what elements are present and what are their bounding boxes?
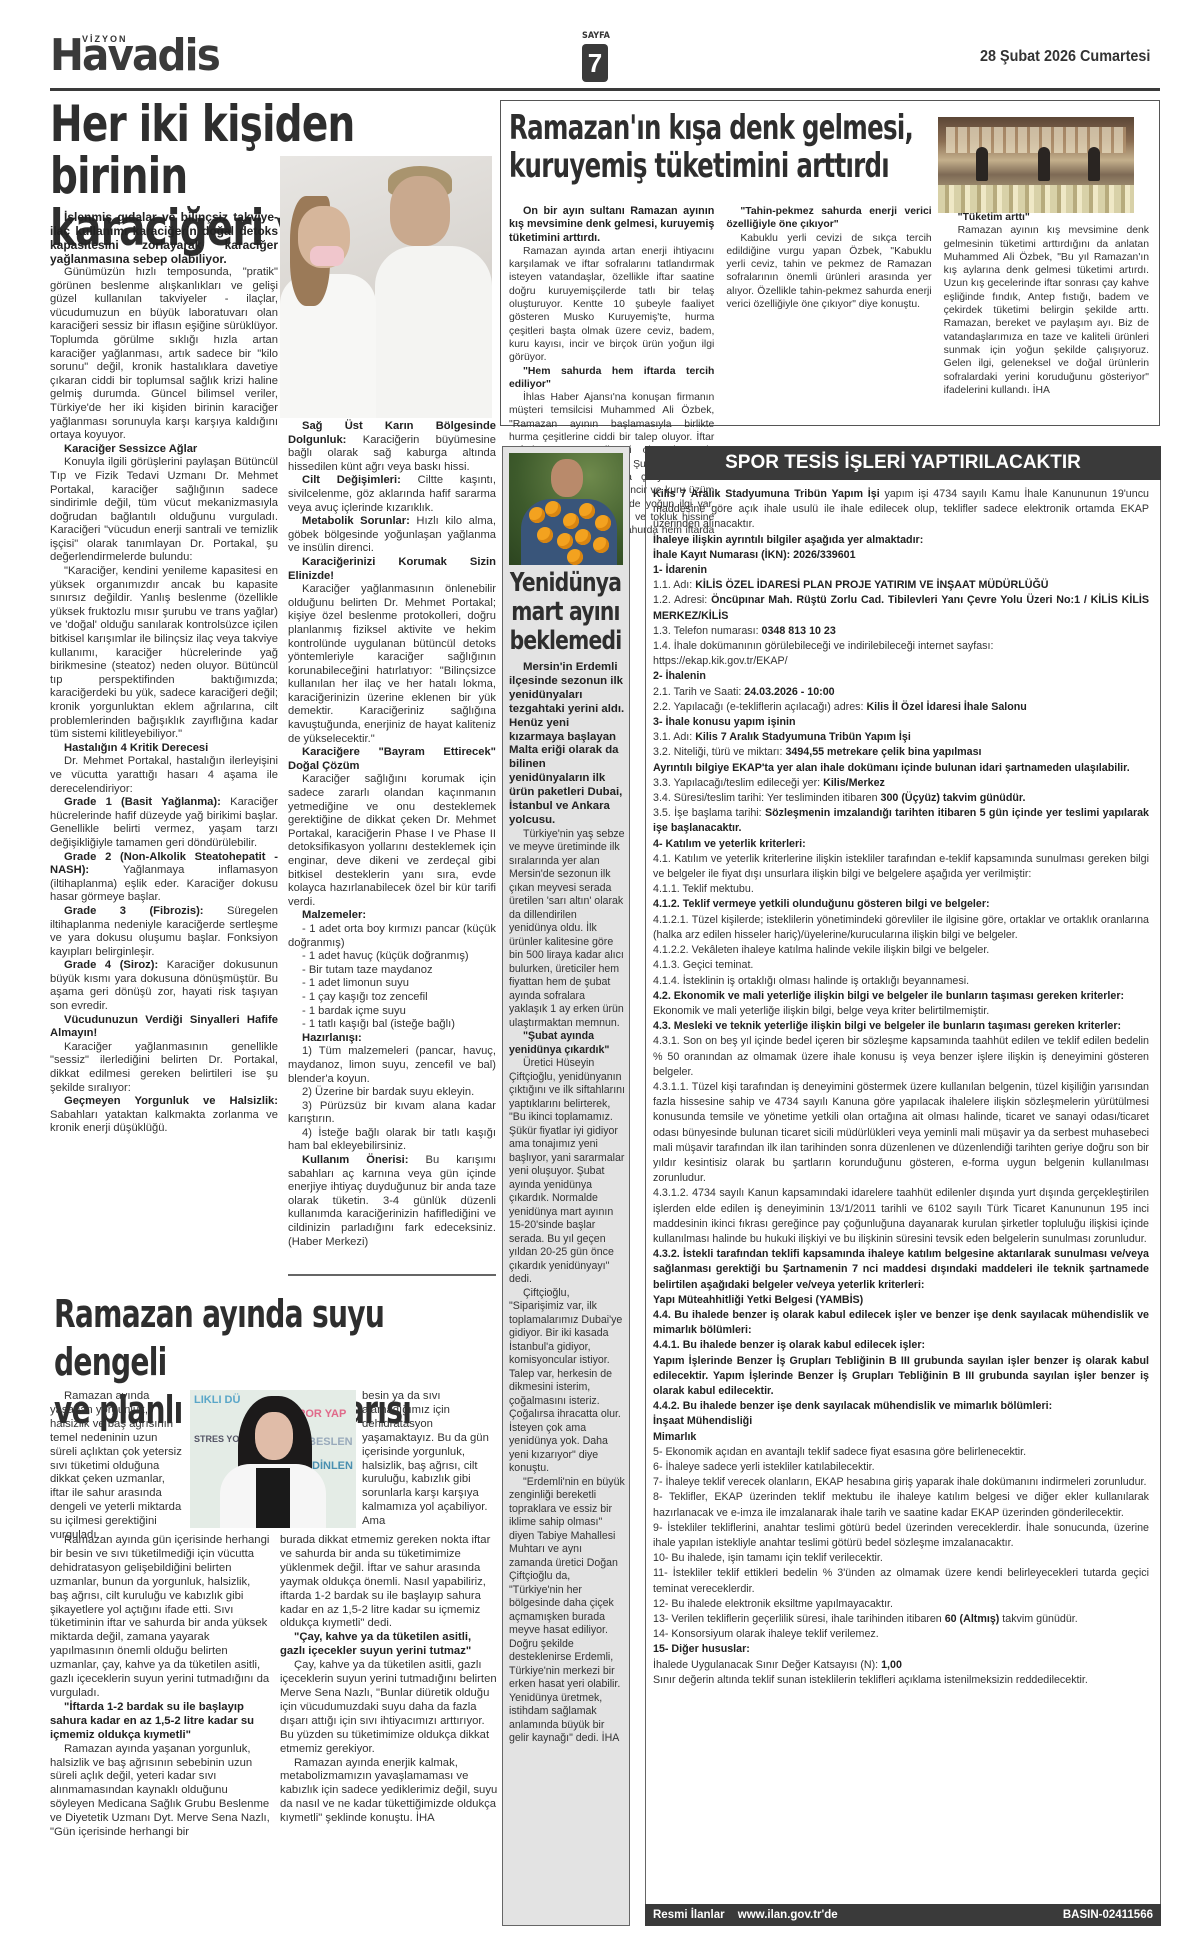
doctor-patient-photo [280, 156, 492, 418]
footer-code: BASIN-02411566 [1063, 1904, 1153, 1926]
article-column-3-top: besin ya da sıvı alamadığımız için dehid… [362, 1390, 498, 1529]
ingredient: - Bir tutam taze maydanoz [288, 964, 496, 978]
newspaper-logo[interactable]: VİZYON Havadis [50, 28, 250, 80]
notice-title: SPOR TESİS İŞLERİ YAPTIRILACAKTIR [645, 446, 1161, 480]
article-column-1: İşlenmiş gıdalar ve bilinçsiz takviye-il… [50, 210, 278, 1136]
subheading: "Çay, kahve ya da tüketilen asitli, gazl… [280, 1631, 498, 1659]
headline-line-1: Ramazan ayında suyu dengeli [54, 1290, 498, 1386]
notice-body: Kilis 7 Aralık Stadyumuna Tribün Yapım İ… [653, 487, 1149, 1688]
article-column-2: burada dikkat etmemiz gereken nokta ifta… [280, 1534, 498, 1826]
paragraph: "Erdemli'nin en büyük zenginliği bereket… [509, 1476, 625, 1746]
article-headline: Yenidünya mart ayını beklemedi [507, 569, 624, 656]
paragraph: Çay, kahve ya da tüketilen asitli, gazlı… [280, 1659, 498, 1756]
paragraph: Ramazan ayında gün içerisinde herhangi b… [50, 1534, 270, 1701]
ingredient: - 1 tatlı kaşığı bal (isteğe bağlı) [288, 1018, 496, 1032]
article-lede: Mersin'in Erdemli ilçesinde sezonun ilk … [509, 661, 625, 828]
subheading: "Hem sahurda hem iftarda tercih ediliyor… [509, 365, 714, 392]
paragraph: Konuyla ilgili görüşlerini paylaşan Bütü… [50, 456, 278, 565]
article-loquat: Yenidünya mart ayını beklemedi Mersin'in… [502, 446, 630, 1926]
symptom-item: Metabolik Sorunlar: Hızlı kilo alma, göb… [288, 515, 496, 556]
paragraph: Türkiye'nin yaş sebze ve meyve üretimind… [509, 828, 625, 1031]
footer-label: Resmi İlanlar [653, 1909, 725, 1921]
paragraph: Karaciğer yağlanmasının önlenebilir oldu… [288, 583, 496, 746]
subheading: "İftarda 1-2 bardak su ile başlayıp sahu… [50, 1701, 270, 1743]
grade-item: Grade 4 (Siroz): Karaciğer dokusunun büy… [50, 959, 278, 1013]
article-column-1: Ramazan ayında gün içerisinde herhangi b… [50, 1534, 270, 1840]
ingredients-title: Malzemeler: [288, 909, 496, 923]
nut-shop-photo [938, 117, 1134, 213]
paragraph: besin ya da sıvı alamadığımız için dehid… [362, 1390, 498, 1529]
masthead: VİZYON Havadis SAYFA 7 28 Şubat 2026 Cum… [50, 28, 1160, 94]
headline-line-2: kuruyemiş tüketimini arttırdı [509, 147, 955, 185]
subheading: "Şubat ayında yenidünya çıkardık" [509, 1030, 625, 1057]
steps-title: Hazırlanışı: [288, 1032, 496, 1046]
paragraph: Çiftçioğlu, "Siparişimiz var, ilk toplam… [509, 1287, 625, 1476]
subheading: Karaciğerinizi Korumak Sizin Elinizde! [288, 556, 496, 583]
paragraph: Karaciğer yağlanmasının genellikle "sess… [50, 1041, 278, 1095]
page-label: SAYFA [582, 31, 610, 41]
article-column-1-top: Ramazan ayında yaşanan yorgunluk, halsiz… [50, 1390, 182, 1543]
article-ramadan-water: Ramazan ayında suyu dengeli ve planlı tü… [50, 1290, 498, 1930]
logo-wordmark: Havadis [50, 32, 219, 80]
subheading: Vücudunuzun Verdiği Sinyalleri Hafife Al… [50, 1014, 278, 1041]
subheading: Karaciğere "Bayram Ettirecek" Doğal Çözü… [288, 746, 496, 773]
usage-note: Kullanım Önerisi: Bu karışımı sabahları … [288, 1154, 496, 1249]
paragraph: Ramazan ayında enerjik kalmak, metaboliz… [280, 1757, 498, 1827]
symptom-item: Geçmeyen Yorgunluk ve Halsizlik: Sabahla… [50, 1095, 278, 1136]
notice-footer: Resmi İlanlar www.ilan.gov.tr'de BASIN-0… [645, 1904, 1161, 1926]
ingredient: - 1 çay kaşığı toz zencefil [288, 991, 496, 1005]
grade-item: Grade 3 (Fibrozis): Süregelen iltihaplan… [50, 905, 278, 959]
ekap-link[interactable]: https://ekap.kik.gov.tr/EKAP/ [653, 654, 1149, 669]
issue-date: 28 Şubat 2026 Cumartesi [980, 48, 1150, 66]
paragraph: Kabuklu yerli cevizi de sıkça tercih edi… [726, 232, 931, 312]
article-lede: İşlenmiş gıdalar ve bilinçsiz takviye-il… [50, 210, 278, 266]
paragraph: burada dikkat etmemiz gereken nokta ifta… [280, 1534, 498, 1631]
paragraph: Dr. Mehmet Portakal, hastalığın ilerleyi… [50, 755, 278, 796]
step: 3) Pürüzsüz bir kıvam alana kadar karışt… [288, 1100, 496, 1127]
symptom-item: Cilt Değişimleri: Ciltte kaşıntı, sivilc… [288, 474, 496, 515]
subheading: "Tahin-pekmez sahurda enerji verici özel… [726, 205, 931, 232]
footer-url-link[interactable]: www.ilan.gov.tr'de [738, 1909, 838, 1921]
paragraph: Karaciğer sağlığını korumak için sadece … [288, 773, 496, 909]
paragraph: Ramazan ayının kış mevsimine denk gelmes… [944, 224, 1149, 397]
symptom-item: Sağ Üst Karın Bölgesinde Dolgunluk: Kara… [288, 420, 496, 474]
article-column-2: Sağ Üst Karın Bölgesinde Dolgunluk: Kara… [288, 420, 496, 1249]
subheading: Karaciğer Sessizce Ağlar [50, 443, 278, 457]
headline-line-1: Ramazan'ın kışa denk gelmesi, [509, 109, 955, 147]
paragraph: Günümüzün hızlı temposunda, "pratik" gör… [50, 266, 278, 443]
ingredient: - 1 adet limonun suyu [288, 977, 496, 991]
paragraph: Ramazan ayında yaşanan yorgunluk, halsiz… [50, 1743, 270, 1840]
article-fatty-liver: Her iki kişiden birinin karaciğeri yağlı… [50, 98, 498, 1276]
article-divider [288, 1274, 496, 1276]
farmer-with-loquats-photo [509, 453, 623, 565]
subheading: "Tüketim arttı" [944, 211, 1149, 224]
ingredient: - 1 adet orta boy kırmızı pancar (küçük … [288, 923, 496, 950]
dietitian-photo: LIKLI DÜ POR YAP STRES YOK BESLEN DİNLEN [190, 1390, 356, 1528]
article-dried-nuts: Ramazan'ın kışa denk gelmesi, kuruyemiş … [500, 100, 1160, 426]
header-divider [50, 88, 1160, 91]
official-tender-notice: SPOR TESİS İŞLERİ YAPTIRILACAKTIR Kilis … [645, 446, 1161, 1926]
page-number-badge: 7 [582, 44, 608, 82]
paragraph: "Karaciğer, kendini yenileme kapasitesi … [50, 565, 278, 742]
article-lede: On bir ayın sultanı Ramazan ayının kış m… [509, 205, 714, 245]
step: 4) İsteğe bağlı olarak bir tatlı kaşığı … [288, 1127, 496, 1154]
ingredient: - 1 bardak içme suyu [288, 1005, 496, 1019]
paragraph: Ramazan ayında yaşanan yorgunluk, halsiz… [50, 1390, 182, 1543]
article-headline: Ramazan'ın kışa denk gelmesi, kuruyemiş … [509, 109, 955, 185]
step: 2) Üzerine bir bardak suyu ekleyin. [288, 1086, 496, 1100]
grade-item: Grade 2 (Non-Alkolik Steatohepatit - NAS… [50, 851, 278, 905]
ingredient: - 1 adet havuç (küçük doğranmış) [288, 950, 496, 964]
paragraph: Üretici Hüseyin Çiftçioğlu, yenidünyanın… [509, 1057, 625, 1287]
subheading: Hastalığın 4 Kritik Derecesi [50, 742, 278, 756]
paragraph: Ramazan ayında artan enerji ihtiyacını k… [509, 245, 714, 365]
grade-item: Grade 1 (Basit Yağlanma): Karaciğer hücr… [50, 796, 278, 850]
step: 1) Tüm malzemeleri (pancar, havuç, mayda… [288, 1045, 496, 1086]
